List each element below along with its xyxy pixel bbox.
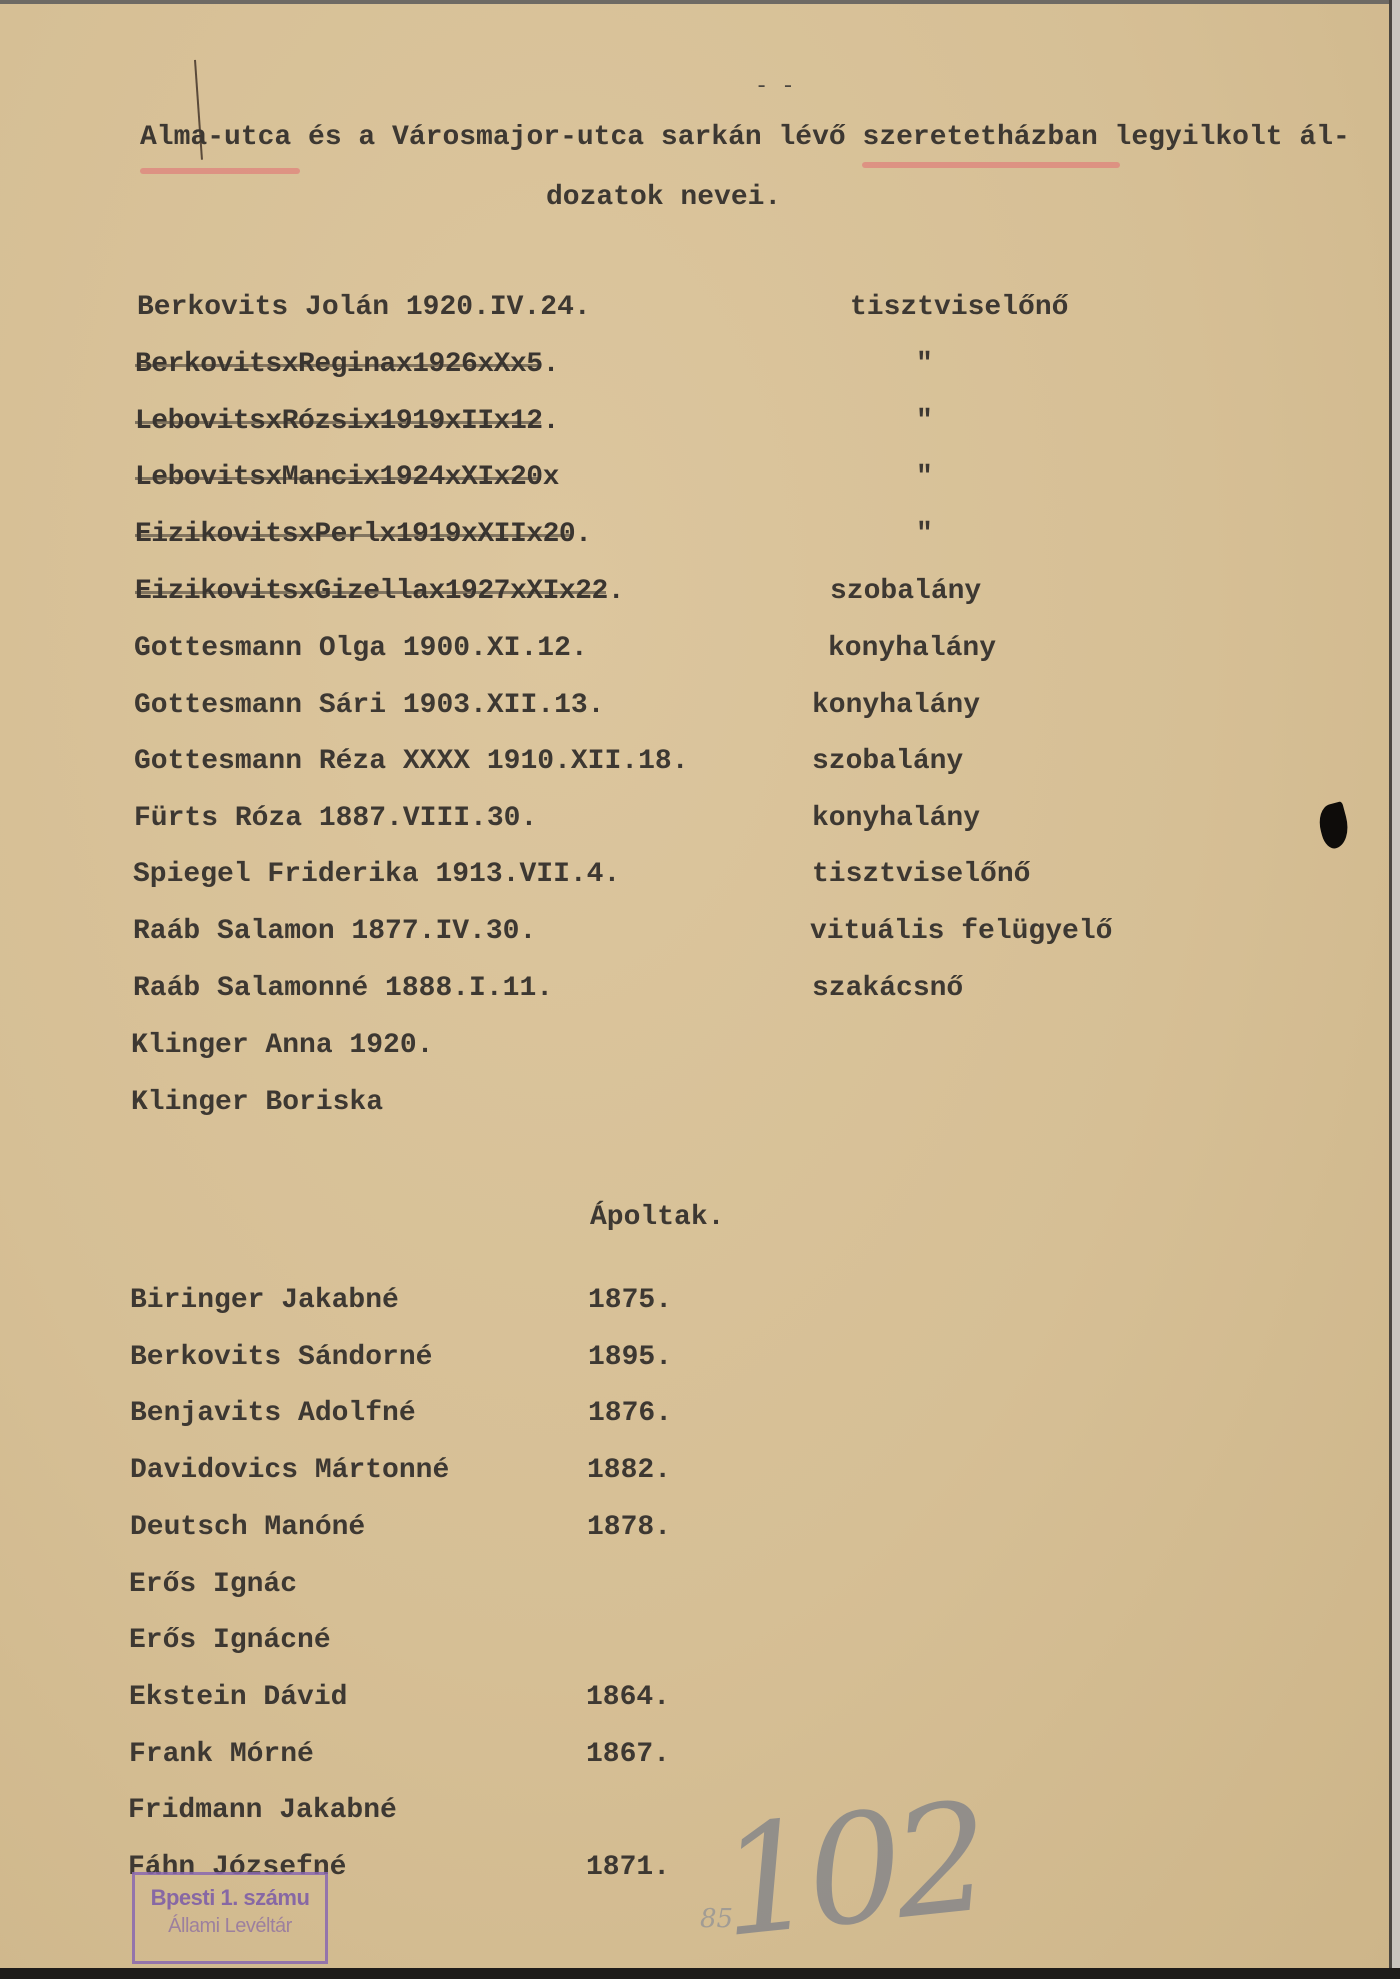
staff-occupation: konyhalány <box>812 692 980 720</box>
staff-occupation: szakácsnő <box>812 975 963 1003</box>
staff-occupation: tisztviselőnő <box>850 294 1068 322</box>
patient-name: Davidovics Mártonné <box>130 1457 449 1485</box>
patient-name: Fridmann Jakabné <box>128 1797 397 1825</box>
staff-name: Berkovits Jolán 1920.IV.24. <box>137 294 591 322</box>
patient-year: 1875. <box>588 1287 672 1315</box>
staff-name-struck: EizikovitsxPerlx1919xXIIx20. <box>135 521 591 549</box>
staff-occupation: konyhalány <box>828 635 996 663</box>
staff-occupation: szobalány <box>812 748 963 776</box>
patient-year: 1878. <box>587 1514 671 1542</box>
red-underline-szeretethazban <box>862 162 1120 168</box>
staff-occupation: tisztviselőnő <box>812 861 1030 889</box>
staff-occupation-ditto: " <box>916 521 933 549</box>
patient-name: Ekstein Dávid <box>129 1684 347 1712</box>
page-marker: - - <box>755 74 795 99</box>
patient-year: 1876. <box>588 1400 672 1428</box>
staff-name: Gottesmann Sári 1903.XII.13. <box>134 692 604 720</box>
patient-name: Frank Mórné <box>129 1741 314 1769</box>
staff-name-struck: EizikovitsxGizellax1927xXIx22. <box>135 578 624 606</box>
patient-year: 1871. <box>586 1854 670 1882</box>
staff-occupation: vituális felügyelő <box>810 918 1112 946</box>
staff-occupation: szobalány <box>830 578 981 606</box>
staff-occupation: konyhalány <box>812 805 980 833</box>
patient-year: 1867. <box>586 1741 670 1769</box>
patient-year: 1895. <box>588 1344 672 1372</box>
staff-name: Gottesmann Olga 1900.XI.12. <box>134 635 588 663</box>
staff-occupation-ditto: " <box>916 464 933 492</box>
page-edge <box>1389 0 1400 1979</box>
title-line-2: dozatok nevei. <box>546 184 781 212</box>
patient-name: Erős Ignác <box>129 1571 297 1599</box>
scan-bottom-border <box>0 1968 1400 1979</box>
patient-year: 1882. <box>587 1457 671 1485</box>
staff-name: Raáb Salamonné 1888.I.11. <box>133 975 553 1003</box>
staff-occupation-ditto: " <box>916 408 933 436</box>
staff-name: Klinger Anna 1920. <box>131 1032 433 1060</box>
patient-name: Deutsch Manóné <box>130 1514 365 1542</box>
document-page: - - Alma-utca és a Városmajor-utca sarká… <box>0 0 1392 1972</box>
staff-occupation-ditto: " <box>916 351 933 379</box>
patient-name: Erős Ignácné <box>129 1627 331 1655</box>
patient-year: 1864. <box>586 1684 670 1712</box>
red-underline-alma <box>140 168 300 174</box>
staff-name-struck: LebovitsxRózsix1919xIIx12. <box>135 408 559 436</box>
staff-name-struck: BerkovitsxReginax1926xXx5. <box>135 351 559 379</box>
staff-name-struck: LebovitsxMancix1924xXIx20x <box>135 464 559 492</box>
ink-blot <box>1315 801 1353 851</box>
patient-name: Benjavits Adolfné <box>130 1400 416 1428</box>
handwritten-page-number: 102 <box>712 1771 991 1971</box>
staff-name: Fürts Róza 1887.VIII.30. <box>134 805 537 833</box>
staff-name: Spiegel Friderika 1913.VII.4. <box>133 861 620 889</box>
stamp-line-1: Bpesti 1. számu <box>135 1885 325 1911</box>
stamp-line-2: Állami Levéltár <box>135 1915 325 1938</box>
title-line-1: Alma-utca és a Városmajor-utca sarkán lé… <box>140 124 1350 152</box>
staff-name: Klinger Boriska <box>131 1089 383 1117</box>
staff-name: Raáb Salamon 1877.IV.30. <box>133 918 536 946</box>
archive-stamp: Bpesti 1. számu Állami Levéltár <box>132 1872 328 1964</box>
patient-name: Biringer Jakabné <box>130 1287 399 1315</box>
section-heading-apoltak: Ápoltak. <box>590 1204 724 1232</box>
patient-name: Berkovits Sándorné <box>130 1344 432 1372</box>
staff-name: Gottesmann Réza XXXX 1910.XII.18. <box>134 748 689 776</box>
